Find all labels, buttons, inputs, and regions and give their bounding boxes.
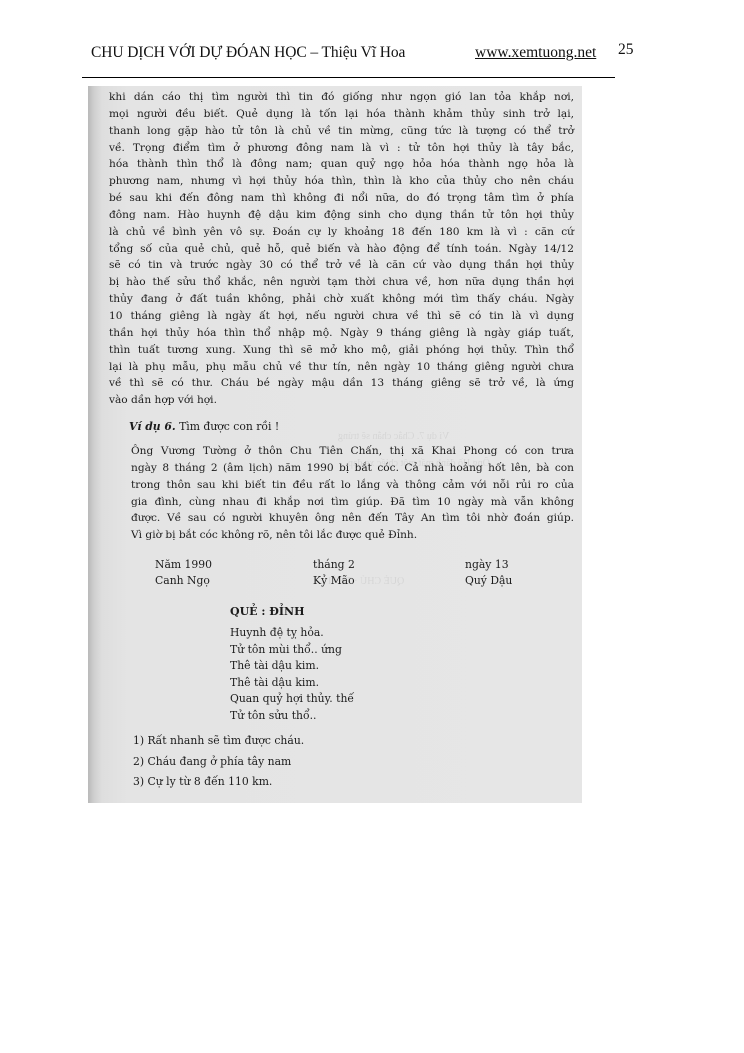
text-line: Vì giờ bị bắt cóc không rõ, nên tôi lắc … xyxy=(109,527,574,544)
hexagram-line: Tử tôn sửu thổ.. xyxy=(230,709,354,726)
text-line: thanh long gặp hào tử tôn là chủ về tin … xyxy=(109,123,574,140)
bleed-through-text: Ví dụ 7. Chắc chắn sẽ trúng xyxy=(338,431,449,442)
text-line: thủy đang ở đất tuần không, phải chờ xuấ… xyxy=(109,291,574,308)
text-line: sẽ có tin và trước ngày 30 có thể trở về… xyxy=(109,257,574,274)
date-table: Năm 1990 tháng 2 ngày 13 Canh Ngọ Kỷ Mão… xyxy=(155,558,555,590)
text-line: vào dần hợp với hợi. xyxy=(109,392,574,409)
hexagram-line: Tử tôn mùi thổ.. ứng xyxy=(230,643,354,660)
text-line: về. Trọng điểm tìm ở phương đông nam là … xyxy=(109,140,574,157)
results-list: 1) Rất nhanh sẽ tìm được cháu. 2) Cháu đ… xyxy=(133,734,304,796)
text-line: đông nam. Hào huynh đệ dậu kim động sinh… xyxy=(109,207,574,224)
text-line: tổng số của quẻ chủ, quẻ hỗ, quẻ biến và… xyxy=(109,241,574,258)
website-link[interactable]: www.xemtuong.net xyxy=(475,44,596,62)
text-line: phương nam, nhưng vì hợi thủy hóa thìn, … xyxy=(109,173,574,190)
text-line: 10 tháng giêng là ngày ất hợi, nếu người… xyxy=(109,308,574,325)
month-stem-branch: Kỷ Mão xyxy=(313,574,355,587)
text-line: trong thôn sau khi biết tin đều rất lo l… xyxy=(109,477,574,494)
example-label: Ví dụ 6. xyxy=(129,420,176,433)
text-line: bị hào thế sửu thổ khắc, nên người tạm t… xyxy=(109,274,574,291)
hexagram-line: Huynh đệ tỵ hỏa. xyxy=(230,626,354,643)
book-title: CHU DỊCH VỚI DỰ ĐÓAN HỌC – Thiệu Vĩ Hoa xyxy=(91,44,405,62)
scanned-page-image: Ví dụ 7. Chắc chắn sẽ trúng Ông Hồ đánh … xyxy=(88,86,582,803)
paragraph-2: Ông Vương Tường ở thôn Chu Tiên Chấn, th… xyxy=(109,443,574,544)
day-cell: ngày 13 xyxy=(465,558,509,571)
text-line: là chủ về bình yên vô sự. Đoán cự ly kho… xyxy=(109,224,574,241)
hexagram-line: Thê tài dậu kim. xyxy=(230,659,354,676)
header-divider xyxy=(82,77,615,78)
result-item: 3) Cự ly từ 8 đến 110 km. xyxy=(133,775,304,796)
text-line: hóa thành thìn thổ là đông nam; quan quỷ… xyxy=(109,156,574,173)
date-row-cyclical: Canh Ngọ Kỷ Mão Quý Dậu xyxy=(155,574,555,590)
day-stem-branch: Quý Dậu xyxy=(465,574,512,587)
year-stem-branch: Canh Ngọ xyxy=(155,574,210,587)
date-row-solar: Năm 1990 tháng 2 ngày 13 xyxy=(155,558,555,574)
text-line: khi dán cáo thị tìm người thì tin đó giố… xyxy=(109,89,574,106)
text-line: thần hợi thủy hóa thìn thổ nhập mộ. Ngày… xyxy=(109,325,574,342)
text-line: thìn tuất tương xung. Xung thì sẽ mở kho… xyxy=(109,342,574,359)
text-line: về thì sẽ có thư. Cháu bé ngày mậu dần 1… xyxy=(109,375,574,392)
page-number: 25 xyxy=(618,41,634,59)
hexagram-title: QUẺ : ĐỈNH xyxy=(230,605,305,618)
paragraph-1: khi dán cáo thị tìm người thì tin đó giố… xyxy=(109,89,574,409)
text-line: ngày 8 tháng 2 (âm lịch) năm 1990 bị bắt… xyxy=(109,460,574,477)
year-cell: Năm 1990 xyxy=(155,558,212,571)
result-item: 2) Cháu đang ở phía tây nam xyxy=(133,755,304,776)
hexagram-line: Quan quỷ hợi thủy. thế xyxy=(230,692,354,709)
text-line: bé sau khi đến đông nam thì không đi nổi… xyxy=(109,190,574,207)
text-line: gia đình, cùng nhau đi khắp nơi tìm giúp… xyxy=(109,494,574,511)
text-line: lại là phụ mẫu, phụ mẫu chủ về thư tín, … xyxy=(109,359,574,376)
hexagram-lines: Huynh đệ tỵ hỏa. Tử tôn mùi thổ.. ứng Th… xyxy=(230,626,354,726)
month-cell: tháng 2 xyxy=(313,558,355,571)
example-title: Tìm được con rồi ! xyxy=(179,420,279,433)
result-item: 1) Rất nhanh sẽ tìm được cháu. xyxy=(133,734,304,755)
page-header: CHU DỊCH VỚI DỰ ĐÓAN HỌC – Thiệu Vĩ Hoa … xyxy=(91,44,631,66)
text-line: Ông Vương Tường ở thôn Chu Tiên Chấn, th… xyxy=(109,443,574,460)
hexagram-line: Thê tài dậu kim. xyxy=(230,676,354,693)
text-line: mọi người đều biết. Quẻ dụng là tốn lại … xyxy=(109,106,574,123)
text-line: được. Về sau có người khuyên ông nên đến… xyxy=(109,510,574,527)
example-heading: Ví dụ 6. Tìm được con rồi ! xyxy=(129,420,279,433)
